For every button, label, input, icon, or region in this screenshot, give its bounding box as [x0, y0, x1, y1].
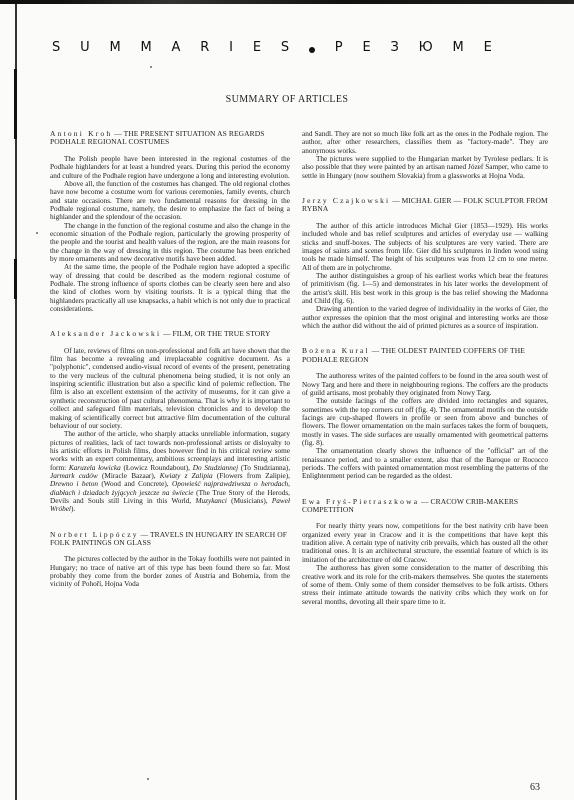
article-heading: Ewa Fryś-Pietraszkowa — CRACOW CRIB-MAKE…: [302, 498, 548, 515]
heading-dash: —: [161, 329, 172, 338]
paragraph: Of late, reviews of films on non-profess…: [50, 347, 290, 430]
article-title: FILM, OR THE TRUE STORY: [173, 329, 271, 338]
film-translation: (Miracle Bazaar),: [98, 472, 160, 480]
paragraph: The ornamentation clearly shows the infl…: [302, 447, 548, 480]
paragraph: The author distinguishes a group of his …: [302, 272, 548, 305]
film-translation: (Musicians),: [227, 497, 272, 505]
article-heading: Jerzy Czajkowski — MICHAŁ GIER — FOLK SC…: [302, 197, 548, 214]
scan-speck: [147, 778, 149, 780]
running-head-letter: S: [52, 40, 60, 55]
paragraph: The authoress writes of the painted coff…: [302, 372, 548, 397]
paragraph: Above all, the function of the costumes …: [50, 180, 290, 222]
scan-speck: [36, 232, 38, 234]
right-column: and Sandl. They are not so much like fol…: [302, 130, 548, 623]
running-head-letter: M: [109, 40, 120, 55]
film-translation: ).: [71, 505, 75, 513]
bullet-separator-icon: [309, 47, 315, 53]
article-kural: Bożena Kural — THE OLDEST PAINTED COFFER…: [302, 347, 548, 480]
article-czajkowski: Jerzy Czajkowski — MICHAŁ GIER — FOLK SC…: [302, 197, 548, 330]
left-column: Antoni Kroh — THE PRESENT SITUATION AS R…: [50, 130, 290, 606]
article-heading: Bożena Kural — THE OLDEST PAINTED COFFER…: [302, 347, 548, 364]
running-head-letter: М: [453, 40, 464, 55]
article-lippoczy-continued: and Sandl. They are not so much like fol…: [302, 130, 548, 180]
film-translation: (Łowicz Roundabout),: [121, 464, 193, 472]
paragraph: The pictures collected by the author in …: [50, 555, 290, 588]
scan-top-edge: [0, 0, 574, 4]
article-jackowski: Aleksander Jackowski — FILM, OR THE TRUE…: [50, 330, 290, 513]
paragraph-continued: and Sandl. They are not so much like fol…: [302, 130, 548, 155]
paragraph: For nearly thirty years now, competition…: [302, 522, 548, 564]
film-title: Drewno i beton: [50, 480, 98, 488]
heading-dash: —: [370, 346, 381, 355]
film-translation: (Wood and Concrete),: [98, 480, 172, 488]
film-title: Do Studziannej: [193, 464, 238, 472]
running-head-letter: I: [229, 40, 233, 55]
article-heading: Aleksander Jackowski — FILM, OR THE TRUE…: [50, 330, 290, 338]
running-head-letter: Ю: [419, 40, 433, 55]
paragraph: The pictures were supplied to the Hungar…: [302, 155, 548, 180]
page-number: 63: [530, 782, 540, 793]
heading-dash: —: [390, 196, 401, 205]
article-heading: Antoni Kroh — THE PRESENT SITUATION AS R…: [50, 130, 290, 147]
paragraph: Drawing attention to the varied degree o…: [302, 305, 548, 330]
heading-dash: —: [419, 497, 430, 506]
article-heading: Norbert Lippóczy — TRAVELS IN HUNGARY IN…: [50, 531, 290, 548]
running-head-letter: M: [140, 40, 151, 55]
running-head-letter: S: [281, 40, 289, 55]
film-title: Kwiaty z Zalipia: [160, 472, 213, 480]
article-author: Aleksander Jackowski: [50, 329, 161, 338]
page-title: SUMMARY OF ARTICLES: [0, 94, 574, 105]
running-head-letter: E: [253, 40, 261, 55]
paragraph: The authoress has given some considerati…: [302, 564, 548, 606]
film-translation: (To Studzianna),: [238, 464, 290, 472]
running-head-letter: Е: [362, 40, 370, 55]
article-frys-pietraszkowa: Ewa Fryś-Pietraszkowa — CRACOW CRIB-MAKE…: [302, 498, 548, 606]
film-translation: (Flowers from Zalipie),: [213, 472, 290, 480]
scan-binding-edge: [15, 4, 17, 800]
running-head-letter: Е: [484, 40, 492, 55]
running-head-letter: A: [172, 40, 181, 55]
film-title: Jarmark cudów: [50, 472, 98, 480]
film-title: Muzykanci: [196, 497, 227, 505]
running-head-letter: З: [391, 40, 399, 55]
running-head: S U M M A R I E S Р Е З Ю М Е: [52, 40, 492, 55]
scan-speck: [150, 66, 152, 68]
article-lippoczy: Norbert Lippóczy — TRAVELS IN HUNGARY IN…: [50, 531, 290, 589]
article-kroh: Antoni Kroh — THE PRESENT SITUATION AS R…: [50, 130, 290, 313]
paragraph: At the same time, the people of the Podh…: [50, 263, 290, 313]
paragraph-films: The author of the article, who sharply a…: [50, 430, 290, 513]
film-title: Karuzela łowicka: [69, 464, 121, 472]
paragraph: The change in the function of the region…: [50, 222, 290, 264]
paragraph: The author of this article introduces Mi…: [302, 222, 548, 272]
paragraph: The Polish people have been interested i…: [50, 155, 290, 180]
running-head-letter: Р: [335, 40, 343, 55]
running-head-letter: U: [80, 40, 90, 55]
paragraph: The outside facings of the coffers are d…: [302, 397, 548, 447]
running-head-letter: R: [200, 40, 209, 55]
